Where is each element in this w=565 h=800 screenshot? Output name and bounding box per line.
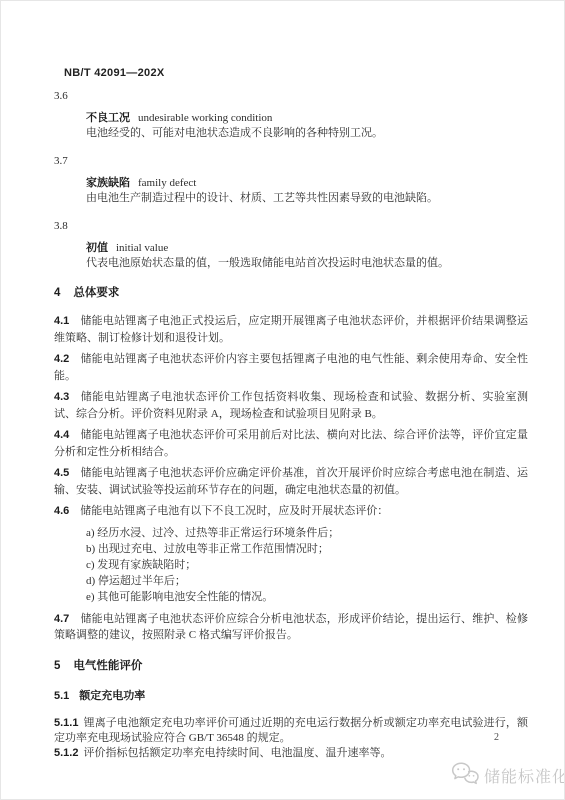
clause-text: 储能电站锂离子电池正式投运后，应定期开展锂离子电池状态评价，并根据评价结果调整运…	[54, 315, 528, 344]
document-content: 3.6 不良工况undesirable working condition 电池…	[54, 89, 528, 761]
document-number: NB/T 42091—202X	[64, 67, 165, 79]
clause-number: 3.7	[54, 154, 528, 169]
term-definition: 由电池生产制造过程中的设计、材质、工艺等共性因素导致的电池缺陷。	[54, 191, 528, 206]
clause-text: 评价指标包括额定功率充电持续时间、电池温度、温升速率等。	[83, 747, 391, 759]
clause-4-1: 4.1储能电站锂离子电池正式投运后，应定期开展锂离子电池状态评价，并根据评价结果…	[54, 313, 528, 346]
wechat-icon	[450, 761, 480, 790]
clause-4-3: 4.3储能电站锂离子电池状态评价工作包括资料收集、现场检查和试验、数据分析、实验…	[54, 389, 528, 422]
page-number: 2	[494, 732, 499, 743]
section-title: 总体要求	[73, 287, 119, 299]
clause-number: 5.1.1	[54, 717, 78, 729]
clause-text: 储能电站锂离子电池状态评价可采用前后对比法、横向对比法、综合评价法等，评价宜定量…	[54, 429, 528, 458]
clause-text: 锂离子电池额定充电功率评价可通过近期的充电运行数据分析或额定功率充电试验进行，额…	[54, 717, 528, 744]
term-block: 3.7 家族缺陷family defect 由电池生产制造过程中的设计、材质、工…	[54, 154, 528, 206]
watermark: 储能标准化	[450, 761, 565, 790]
subsection-title: 额定充电功率	[79, 690, 145, 702]
term-line: 初值initial value	[54, 241, 528, 256]
section-heading-4: 4总体要求	[54, 285, 528, 301]
term-definition: 代表电池原始状态量的值，一般选取储能电站首次投运时电池状态量的值。	[54, 256, 528, 271]
document-page: NB/T 42091—202X 3.6 不良工况undesirable work…	[0, 0, 565, 800]
clause-number: 4.3	[54, 391, 69, 403]
term-block: 3.8 初值initial value 代表电池原始状态量的值，一般选取储能电站…	[54, 219, 528, 271]
clause-5-1-1: 5.1.1锂离子电池额定充电功率评价可通过近期的充电运行数据分析或额定功率充电试…	[54, 716, 528, 746]
section-title: 电气性能评价	[73, 660, 142, 672]
clause-number: 4.4	[54, 429, 69, 441]
clause-text: 储能电站锂离子电池有以下不良工况时，应及时开展状态评价：	[80, 505, 388, 517]
term-en: undesirable working condition	[138, 112, 272, 124]
list-item-e: e) 其他可能影响电池安全性能的情况。	[54, 589, 528, 605]
section-number: 4	[54, 287, 60, 299]
clause-number: 4.7	[54, 613, 69, 625]
list-item-b: b) 出现过充电、过放电等非正常工作范围情况时；	[54, 541, 528, 557]
clause-number: 5.1.2	[54, 747, 78, 759]
term-line: 不良工况undesirable working condition	[54, 111, 528, 126]
term-zh: 初值	[86, 242, 108, 254]
clause-4-7: 4.7储能电站锂离子电池状态评价应综合分析电池状态，形成评价结论，提出运行、维护…	[54, 611, 528, 644]
term-en: initial value	[116, 242, 168, 254]
watermark-label: 储能标准化	[484, 764, 565, 787]
term-en: family defect	[138, 177, 196, 189]
clause-text: 储能电站锂离子电池状态评价工作包括资料收集、现场检查和试验、数据分析、实验室测试…	[54, 391, 528, 420]
term-zh: 家族缺陷	[86, 177, 130, 189]
clause-4-2: 4.2储能电站锂离子电池状态评价内容主要包括锂离子电池的电气性能、剩余使用寿命、…	[54, 351, 528, 384]
clause-text: 储能电站锂离子电池状态评价应确定评价基准，首次开展评价时应综合考虑电池在制造、运…	[54, 467, 528, 496]
list-item-d: d) 停运超过半年后；	[54, 573, 528, 589]
clause-number: 4.2	[54, 353, 69, 365]
clause-4-5: 4.5储能电站锂离子电池状态评价应确定评价基准，首次开展评价时应综合考虑电池在制…	[54, 465, 528, 498]
list-item-c: c) 发现有家族缺陷时；	[54, 557, 528, 573]
clause-number: 3.6	[54, 89, 528, 104]
list-item-a: a) 经历水浸、过冷、过热等非正常运行环境条件后；	[54, 525, 528, 541]
condition-list: a) 经历水浸、过冷、过热等非正常运行环境条件后； b) 出现过充电、过放电等非…	[54, 525, 528, 605]
clause-5-1-2: 5.1.2评价指标包括额定功率充电持续时间、电池温度、温升速率等。	[54, 746, 528, 761]
term-definition: 电池经受的、可能对电池状态造成不良影响的各种特别工况。	[54, 126, 528, 141]
clause-number: 4.5	[54, 467, 69, 479]
section-number: 5	[54, 660, 60, 672]
clause-text: 储能电站锂离子电池状态评价内容主要包括锂离子电池的电气性能、剩余使用寿命、安全性…	[54, 353, 528, 382]
section-heading-5: 5电气性能评价	[54, 658, 528, 674]
subsection-number: 5.1	[54, 690, 69, 702]
term-line: 家族缺陷family defect	[54, 176, 528, 191]
clause-number: 4.1	[54, 315, 69, 327]
clause-number: 4.6	[54, 505, 69, 517]
clause-text: 储能电站锂离子电池状态评价应综合分析电池状态，形成评价结论，提出运行、维护、检修…	[54, 613, 528, 642]
term-zh: 不良工况	[86, 112, 130, 124]
subsection-heading-5-1: 5.1额定充电功率	[54, 688, 528, 704]
clause-4-6: 4.6储能电站锂离子电池有以下不良工况时，应及时开展状态评价：	[54, 503, 528, 520]
clause-number: 3.8	[54, 219, 528, 234]
term-block: 3.6 不良工况undesirable working condition 电池…	[54, 89, 528, 141]
clause-4-4: 4.4储能电站锂离子电池状态评价可采用前后对比法、横向对比法、综合评价法等，评价…	[54, 427, 528, 460]
